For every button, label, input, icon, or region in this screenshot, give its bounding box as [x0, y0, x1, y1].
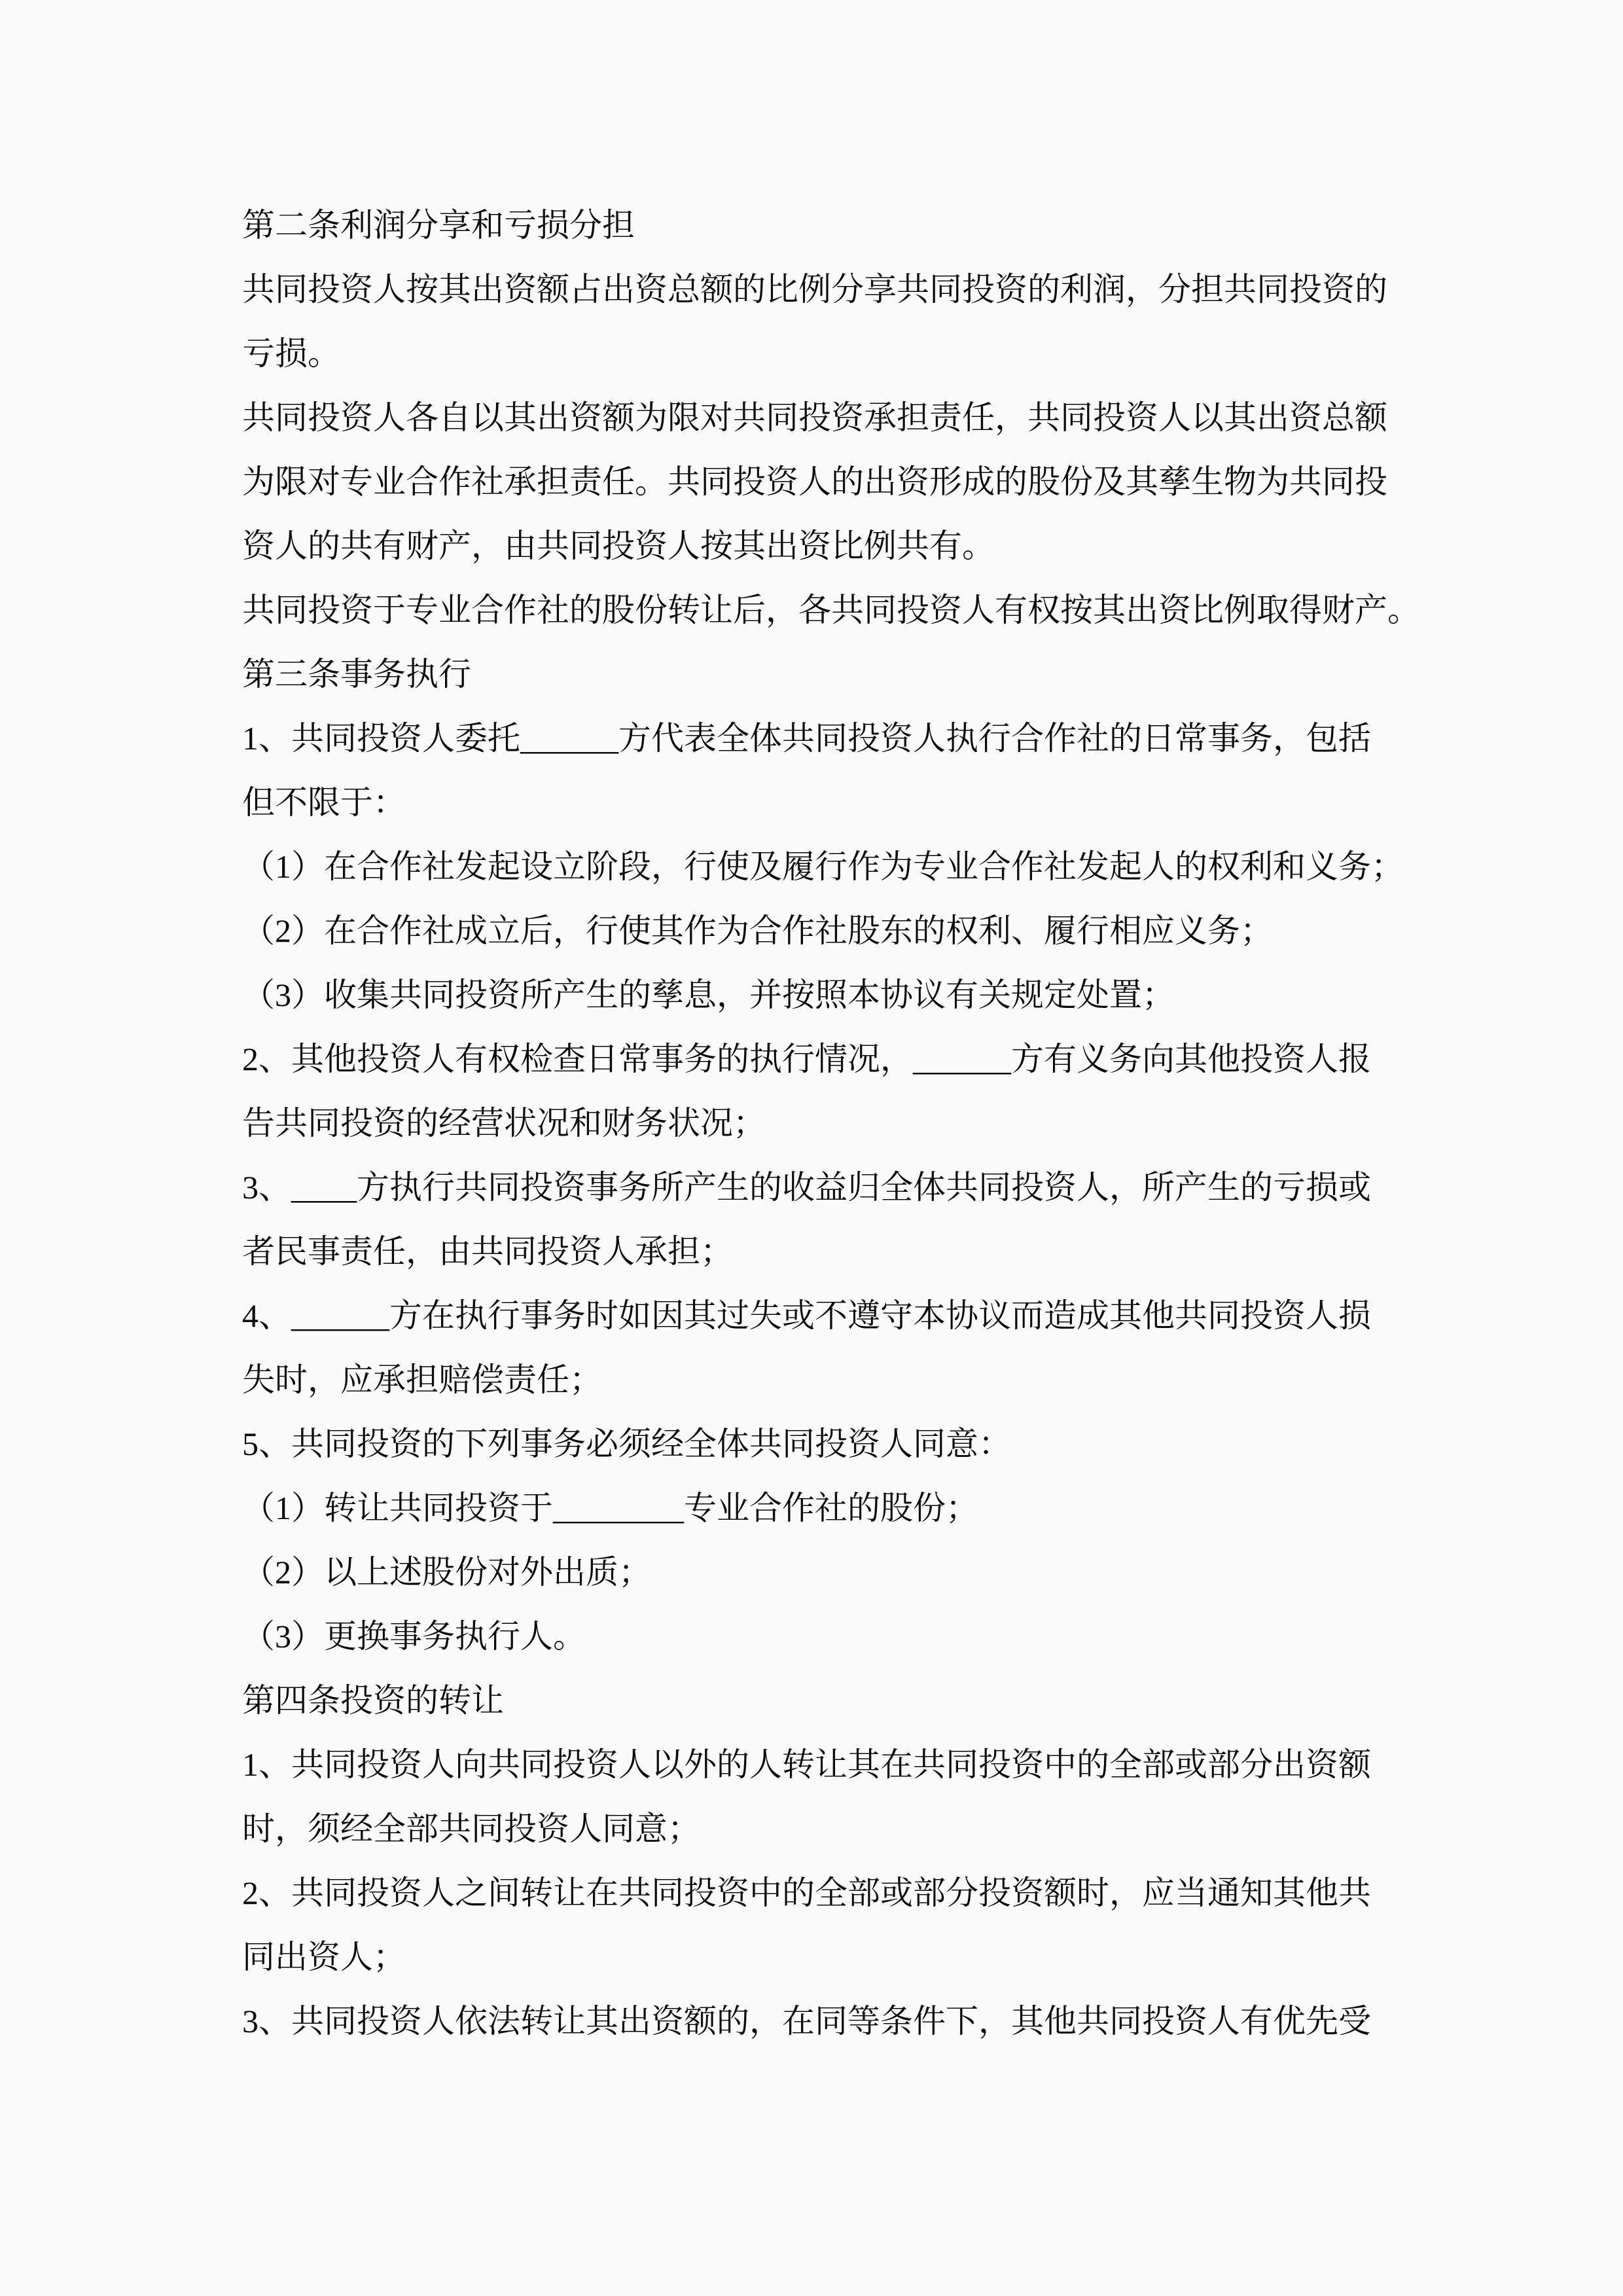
- document-line: 第三条事务执行: [242, 642, 1427, 706]
- document-line: 为限对专业合作社承担责任。共同投资人的出资形成的股份及其孳生物为共同投: [242, 450, 1427, 514]
- document-line: 告共同投资的经营状况和财务状况；: [242, 1091, 1427, 1155]
- document-line: 但不限于：: [242, 770, 1427, 834]
- document-page: 第二条利润分享和亏损分担共同投资人按其出资额占出资总额的比例分享共同投资的利润，…: [0, 0, 1623, 2296]
- document-line: 共同投资于专业合作社的股份转让后，各共同投资人有权按其出资比例取得财产。: [242, 578, 1427, 642]
- document-line: 失时，应承担赔偿责任；: [242, 1348, 1427, 1412]
- document-line: 共同投资人各自以其出资额为限对共同投资承担责任，共同投资人以其出资总额: [242, 386, 1427, 450]
- document-line: （1）在合作社发起设立阶段，行使及履行作为专业合作社发起人的权利和义务；: [242, 834, 1427, 899]
- document-line: 4、______方在执行事务时如因其过失或不遵守本协议而造成其他共同投资人损: [242, 1283, 1427, 1348]
- document-line: 第四条投资的转让: [242, 1668, 1427, 1732]
- document-line: 亏损。: [242, 321, 1427, 386]
- document-line: 共同投资人按其出资额占出资总额的比例分享共同投资的利润，分担共同投资的: [242, 257, 1427, 321]
- document-line: （3）更换事务执行人。: [242, 1604, 1427, 1668]
- document-line: （2）在合作社成立后，行使其作为合作社股东的权利、履行相应义务；: [242, 899, 1427, 963]
- document-line: 3、共同投资人依法转让其出资额的，在同等条件下，其他共同投资人有优先受: [242, 1989, 1427, 2053]
- document-line: （2）以上述股份对外出质；: [242, 1540, 1427, 1604]
- document-line: （1）转让共同投资于________专业合作社的股份；: [242, 1476, 1427, 1540]
- document-line: 者民事责任，由共同投资人承担；: [242, 1219, 1427, 1283]
- document-line: 第二条利润分享和亏损分担: [242, 193, 1427, 257]
- document-line: 1、共同投资人委托______方代表全体共同投资人执行合作社的日常事务，包括: [242, 706, 1427, 770]
- document-line: 3、____方执行共同投资事务所产生的收益归全体共同投资人，所产生的亏损或: [242, 1155, 1427, 1219]
- document-line: 5、共同投资的下列事务必须经全体共同投资人同意：: [242, 1412, 1427, 1476]
- document-line: 2、共同投资人之间转让在共同投资中的全部或部分投资额时，应当通知其他共: [242, 1861, 1427, 1925]
- document-line: 资人的共有财产，由共同投资人按其出资比例共有。: [242, 514, 1427, 578]
- document-body: 第二条利润分享和亏损分担共同投资人按其出资额占出资总额的比例分享共同投资的利润，…: [242, 193, 1427, 2053]
- document-line: 2、其他投资人有权检查日常事务的执行情况，______方有义务向其他投资人报: [242, 1027, 1427, 1091]
- document-line: 同出资人；: [242, 1925, 1427, 1989]
- document-line: 时，须经全部共同投资人同意；: [242, 1797, 1427, 1861]
- document-line: （3）收集共同投资所产生的孳息，并按照本协议有关规定处置；: [242, 963, 1427, 1027]
- document-line: 1、共同投资人向共同投资人以外的人转让其在共同投资中的全部或部分出资额: [242, 1732, 1427, 1797]
